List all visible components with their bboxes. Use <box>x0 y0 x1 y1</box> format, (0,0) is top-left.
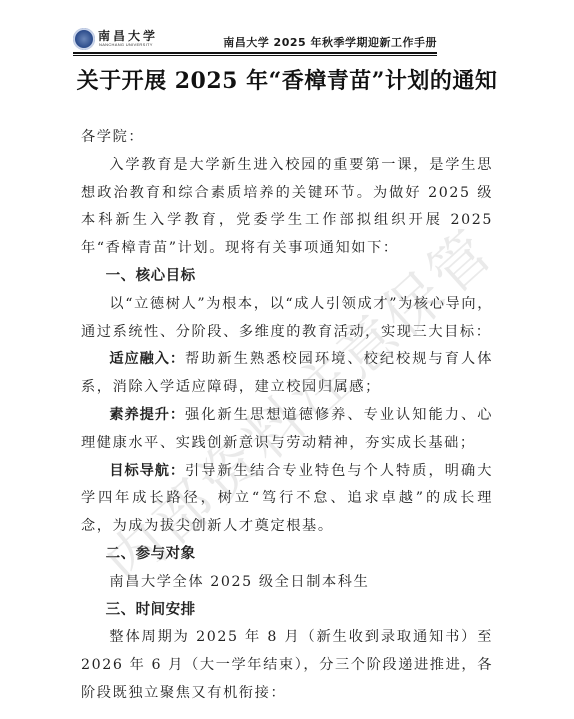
document-title: 关于开展 2025 年“香樟青苗”计划的通知 <box>0 64 574 95</box>
goal-adaptation-paragraph: 适应融入：帮助新生熟悉校园环境、校纪校规与育人体系，消除入学适应障碍，建立校园归… <box>81 346 493 402</box>
section-heading-goals: 一、核心目标 <box>81 263 493 291</box>
document-body: 各学院： 入学教育是大学新生进入校园的重要第一课，是学生思想政治教育和综合素质培… <box>81 124 493 708</box>
goals-intro-paragraph: 以“立德树人”为根本，以“成人引领成才”为核心导向，通过系统性、分阶段、多维度的… <box>81 291 493 347</box>
intro-paragraph: 入学教育是大学新生进入校园的重要第一课，是学生思想政治教育和综合素质培养的关键环… <box>81 152 493 263</box>
university-emblem-icon <box>73 28 95 50</box>
goal-lead: 目标导航： <box>109 463 185 479</box>
salutation: 各学院： <box>81 124 493 152</box>
participants-paragraph: 南昌大学全体 2025 级全日制本科生 <box>81 569 493 597</box>
paragraph-text: 整体周期为 2025 年 8 月（新生收到录取通知书）至 2026 年 6 月（… <box>81 629 493 701</box>
goal-literacy-paragraph: 素养提升：强化新生思想道德修养、专业认知能力、心理健康水平、实践创新意识与劳动精… <box>81 402 493 458</box>
goal-navigation-paragraph: 目标导航：引导新生结合专业特色与个人特质，明确大学四年成长路径，树立“笃行不怠、… <box>81 458 493 541</box>
schedule-paragraph: 整体周期为 2025 年 8 月（新生收到录取通知书）至 2026 年 6 月（… <box>81 624 493 707</box>
goal-lead: 适应融入： <box>109 351 185 367</box>
paragraph-text: 南昌大学全体 2025 级全日制本科生 <box>109 574 369 590</box>
section-heading-schedule: 三、时间安排 <box>81 597 493 625</box>
header-divider <box>73 52 437 54</box>
logo-subtitle: NANCHANG UNIVERSITY <box>99 42 153 47</box>
header-divider-thin <box>73 55 437 56</box>
goal-lead: 素养提升： <box>109 407 185 423</box>
section-heading-participants: 二、参与对象 <box>81 541 493 569</box>
paragraph-text: 以“立德树人”为根本，以“成人引领成才”为核心导向，通过系统性、分阶段、多维度的… <box>81 296 493 340</box>
page-header: 南昌大学 NANCHANG UNIVERSITY 南昌大学 2025 年秋季学期… <box>73 26 437 54</box>
handbook-title: 南昌大学 2025 年秋季学期迎新工作手册 <box>223 34 437 50</box>
